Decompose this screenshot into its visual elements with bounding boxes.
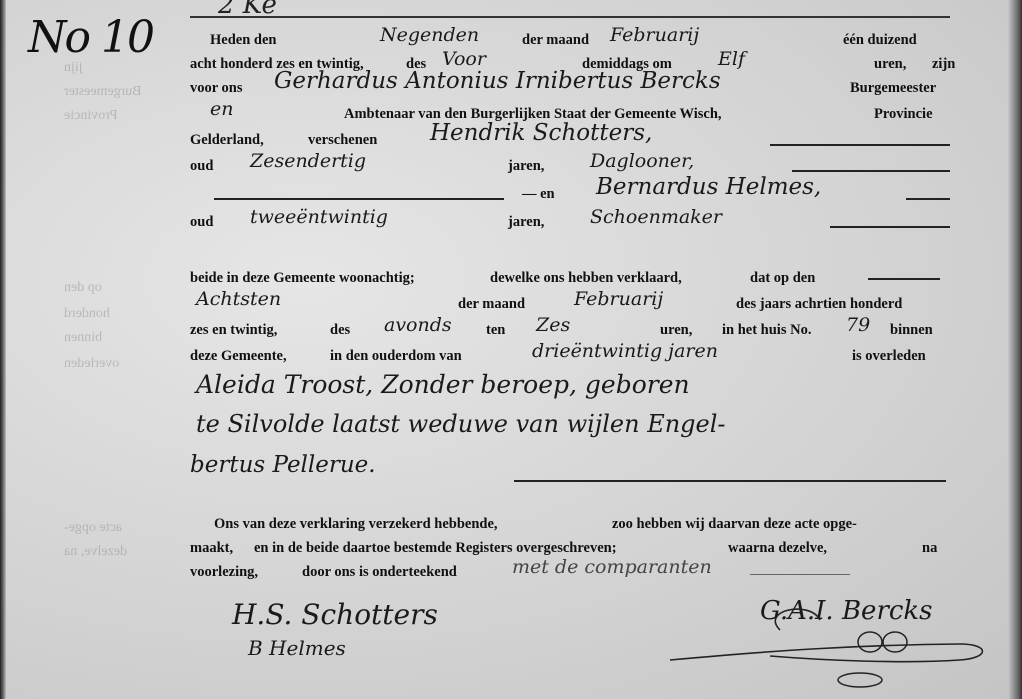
- printed-text: binnen: [890, 322, 933, 339]
- printed-text: voorlezing,: [190, 564, 258, 581]
- handwritten-month: Februarij: [610, 24, 699, 46]
- printed-text: door ons is onderteekend: [302, 564, 457, 581]
- record-line-6: oud Zesendertig jaren, Daglooner,: [190, 150, 950, 180]
- fill-rule: [214, 198, 504, 200]
- printed-text: zoo hebben wij daarvan deze acte opge-: [612, 516, 857, 533]
- handwritten-declarant-1-name: Hendrik Schotters,: [430, 120, 652, 146]
- printed-text: uren,: [660, 322, 692, 339]
- printed-text: Ons van deze verklaring verzekerd hebben…: [214, 516, 498, 533]
- printed-text: jaren,: [508, 214, 544, 231]
- document-page: jijn Burgemeester Provincie op den honde…: [0, 0, 1022, 699]
- handwritten-daypart: avonds: [384, 314, 452, 336]
- handwritten-with-appearers: met de comparanten: [512, 556, 712, 578]
- handwritten-occupation-1: Daglooner,: [590, 150, 694, 172]
- bleed-through-text: Burgemeester: [64, 84, 142, 100]
- printed-text: des: [330, 322, 350, 339]
- handwritten-deceased-name: Aleida Troost, Zonder beroep, geboren: [196, 370, 690, 399]
- printed-text: ten: [486, 322, 505, 339]
- printed-text: waarna dezelve,: [728, 540, 827, 557]
- handwritten-age-1: Zesendertig: [250, 150, 366, 172]
- printed-text: is overleden: [852, 348, 926, 365]
- fill-rule: [770, 144, 950, 146]
- printed-text: deze Gemeente,: [190, 348, 287, 365]
- printed-text: voor ons: [190, 80, 243, 97]
- bleed-through-text: Provincie: [64, 108, 118, 124]
- top-rule: [190, 16, 950, 18]
- printed-text: zes en twintig,: [190, 322, 277, 339]
- entry-number: No 10: [28, 12, 153, 63]
- handwritten-late-spouse: bertus Pellerue.: [190, 452, 376, 478]
- signature-flourish-icon: [660, 600, 1000, 690]
- handwritten-daypart: Voor: [442, 48, 486, 70]
- record-line-13: Aleida Troost, Zonder beroep, geboren: [190, 374, 950, 410]
- printed-text: dat op den: [750, 270, 815, 287]
- signature-witness-2: B Helmes: [248, 636, 346, 660]
- page-left-edge: [0, 0, 6, 699]
- printed-text: Burgemeester: [850, 80, 936, 97]
- record-line-12: deze Gemeente, in den ouderdom van drieë…: [190, 340, 950, 370]
- fill-rule: [906, 198, 950, 200]
- printed-text: Provincie: [874, 106, 933, 123]
- printed-text: verschenen: [308, 132, 377, 149]
- handwritten-official-name: Gerhardus Antonius Irnibertus Bercks: [274, 68, 721, 94]
- page-right-edge: [1008, 0, 1022, 699]
- bleed-through-text: dezelve, na: [64, 544, 127, 560]
- bleed-through-text: op den: [64, 280, 102, 296]
- record-line-14: te Silvolde laatst weduwe van wijlen Eng…: [190, 414, 950, 450]
- fill-rule: [830, 226, 950, 228]
- printed-text: maakt,: [190, 540, 233, 557]
- printed-text: Heden den: [210, 32, 276, 49]
- record-line-15: bertus Pellerue.: [190, 456, 950, 492]
- printed-text: in den ouderdom van: [330, 348, 462, 365]
- printed-text: dewelke ons hebben verklaard,: [490, 270, 682, 287]
- handwritten-hour: Zes: [536, 314, 570, 336]
- handwritten-house-number: 79: [846, 314, 870, 336]
- handwritten-occupation-2: Schoenmaker: [590, 206, 722, 228]
- printed-text: — en: [522, 186, 555, 203]
- printed-text: in het huis No.: [722, 322, 811, 339]
- bleed-through-text: binnen: [64, 330, 102, 346]
- fill-rule: [792, 170, 950, 172]
- handwritten-death-day: Achtsten: [196, 288, 281, 310]
- printed-text: beide in deze Gemeente woonachtig;: [190, 270, 415, 287]
- record-line-7: — en Bernardus Helmes,: [190, 178, 950, 208]
- bleed-through-text: overleden: [64, 356, 119, 372]
- printed-text: zijn: [932, 56, 955, 73]
- printed-text: oud: [190, 158, 213, 175]
- fill-rule: [514, 480, 946, 482]
- handwritten-declarant-2-name: Bernardus Helmes,: [596, 174, 821, 200]
- fill-rule: [750, 574, 850, 575]
- handwritten-hour: Elf: [718, 48, 745, 70]
- printed-text: oud: [190, 214, 213, 231]
- record-line-18: voorlezing, door ons is onderteekend met…: [190, 556, 950, 586]
- bleed-through-text: honderd: [64, 306, 110, 322]
- handwritten-deceased-age: drieëntwintig jaren: [532, 340, 718, 362]
- bleed-through-text: acte opge-: [64, 520, 122, 536]
- printed-text: en in de beide daartoe bestemde Register…: [254, 540, 617, 557]
- printed-text: uren,: [874, 56, 906, 73]
- printed-text: één duizend: [843, 32, 917, 49]
- record-line-8: oud tweeëntwintig jaren, Schoenmaker: [190, 206, 950, 236]
- printed-text: Gelderland,: [190, 132, 264, 149]
- printed-text: des jaars achrtien honderd: [736, 296, 902, 313]
- printed-text: der maand: [458, 296, 525, 313]
- handwritten-death-month: Februarij: [574, 288, 663, 310]
- handwritten-text: en: [210, 98, 233, 120]
- printed-text: jaren,: [508, 158, 544, 175]
- handwritten-birthplace-widow: te Silvolde laatst weduwe van wijlen Eng…: [196, 410, 726, 438]
- fill-rule: [868, 278, 940, 280]
- signature-witness-1: H.S. Schotters: [232, 598, 438, 631]
- handwritten-day: Negenden: [380, 24, 479, 46]
- handwritten-age-2: tweeëntwintig: [250, 206, 388, 228]
- printed-text: na: [922, 540, 937, 557]
- printed-text: der maand: [522, 32, 589, 49]
